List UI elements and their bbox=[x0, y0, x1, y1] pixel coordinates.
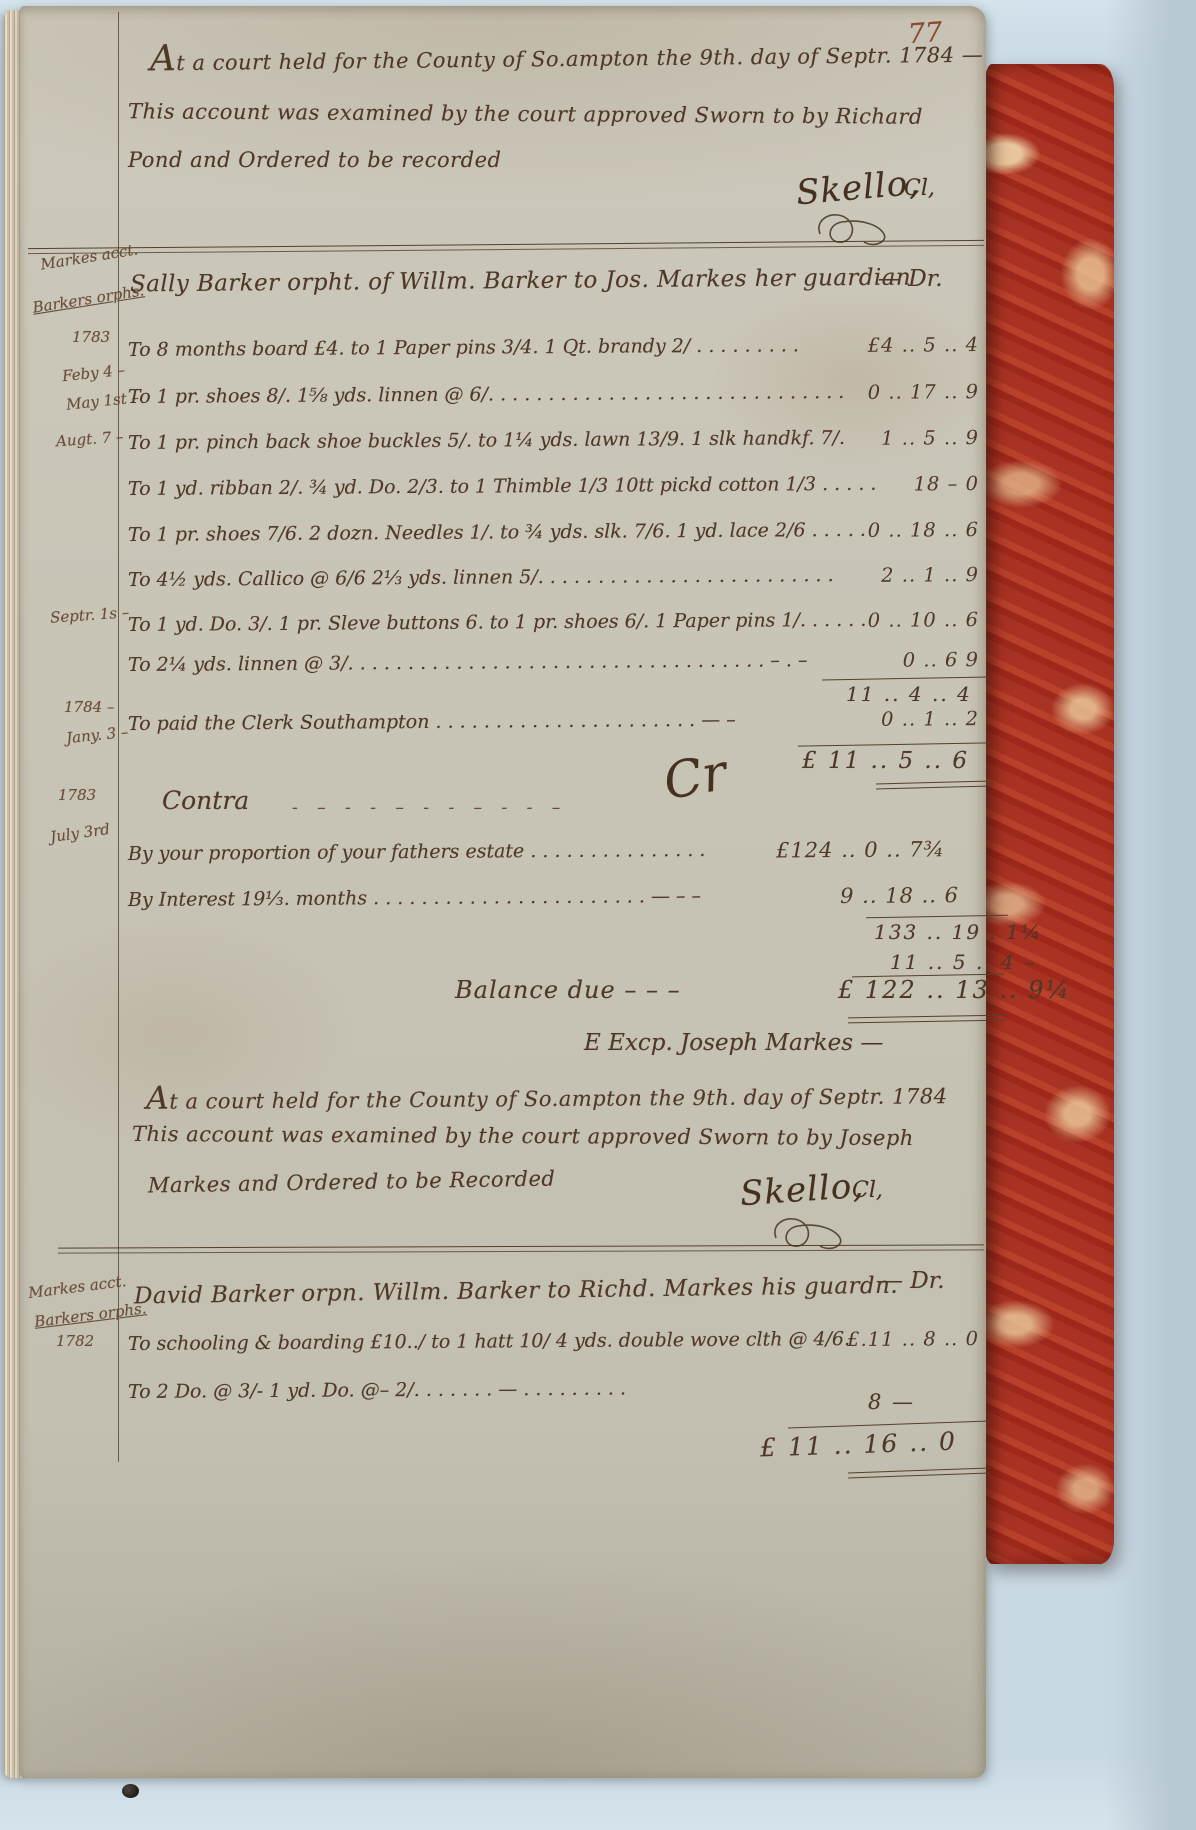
debit-abbrev: — Dr. bbox=[880, 1268, 945, 1294]
subtotal-amount: 11 .. 4 .. 4 bbox=[846, 682, 972, 706]
attestation-line: At a court held for the County of So.amp… bbox=[150, 30, 984, 80]
ledger-row: To 2 Do. @ 3/- 1 yd. Do. @– 2/. . . . . … bbox=[128, 1375, 985, 1415]
clerk-title-abbrev: Cl, bbox=[852, 1178, 883, 1203]
entry-description: To 1 pr. shoes 7/6. 2 dozn. Needles 1/. … bbox=[128, 519, 866, 546]
ledger-row: To 8 months board £4. to 1 Paper pins 3/… bbox=[128, 333, 985, 373]
entry-amount: 0 .. 6 9 bbox=[903, 648, 979, 672]
ledger-row: To 1 yd. Do. 3/. 1 pr. Sleve buttons 6. … bbox=[128, 608, 985, 648]
photo-background bbox=[1106, 0, 1196, 1830]
ledger-row: To 1 pr. shoes 8/. 1⅝ yds. linnen @ 6/. … bbox=[128, 380, 985, 420]
entry-amount: 9 .. 18 .. 6 bbox=[840, 883, 959, 908]
account-total: £ 11 .. 5 .. 6 bbox=[802, 748, 969, 774]
entry-description: To 2 Do. @ 3/- 1 yd. Do. @– 2/. . . . . … bbox=[128, 1378, 626, 1403]
manuscript-photo: 77 At a court held for the County of So.… bbox=[0, 0, 1196, 1830]
entry-description: To 4½ yds. Callico @ 6/6 2⅓ yds. linnen … bbox=[128, 564, 834, 591]
debit-carry-sum: 11 .. 5 .. 4 – bbox=[890, 950, 1036, 974]
contra-leader-dashes: - – - - – - - – - - – bbox=[292, 798, 567, 818]
entry-amount: 1 .. 5 .. 9 bbox=[881, 426, 979, 450]
entry-amount: 0 .. 18 .. 6 bbox=[868, 518, 979, 542]
ledger-row: To 1 yd. ribban 2/. ¾ yd. Do. 2/3. to 1 … bbox=[128, 472, 985, 512]
ledger-row: By Interest 19⅓. months . . . . . . . . … bbox=[128, 883, 985, 923]
margin-date: 1783 bbox=[72, 328, 110, 346]
entry-description: By your proportion of your fathers estat… bbox=[128, 839, 706, 865]
entry-amount: £.11 .. 8 .. 0 bbox=[847, 1327, 979, 1351]
entry-amount: 0 .. 17 .. 9 bbox=[868, 380, 979, 404]
contra-sum: 133 .. 19 . 1¼ bbox=[874, 920, 1042, 944]
entry-amount: £124 .. 0 .. 7¾ bbox=[776, 837, 945, 862]
entry-description: To schooling & boarding £10../ to 1 hatt… bbox=[128, 1328, 850, 1355]
signature-paraph-icon bbox=[812, 204, 890, 248]
entry-description: To 1 pr. shoes 8/. 1⅝ yds. linnen @ 6/. … bbox=[128, 381, 844, 408]
entry-amount: 8 — bbox=[868, 1390, 915, 1414]
marbled-book-cover bbox=[984, 64, 1114, 1564]
ledger-row: To paid the Clerk Southampton . . . . . … bbox=[128, 707, 985, 747]
entry-description: To 2¼ yds. linnen @ 3/. . . . . . . . . … bbox=[128, 649, 808, 676]
entry-amount: £4 .. 5 .. 4 bbox=[868, 333, 979, 357]
ledger-row: To 4½ yds. Callico @ 6/6 2⅓ yds. linnen … bbox=[128, 563, 985, 603]
book-spine-stud bbox=[122, 1784, 139, 1798]
margin-date: 1782 bbox=[56, 1332, 94, 1350]
attestation-line: Pond and Ordered to be recorded bbox=[128, 148, 501, 172]
margin-date: 1783 bbox=[58, 786, 96, 804]
entry-amount: 2 .. 1 .. 9 bbox=[881, 563, 979, 587]
contra-heading: Contra bbox=[162, 786, 249, 815]
ledger-row: To 1 pr. pinch back shoe buckles 5/. to … bbox=[128, 426, 985, 466]
ledger-row: By your proportion of your fathers estat… bbox=[128, 837, 985, 877]
attestation-line: This account was examined by the court a… bbox=[132, 1122, 914, 1150]
entry-description: To paid the Clerk Southampton . . . . . … bbox=[128, 709, 736, 735]
entry-description: To 1 yd. ribban 2/. ¾ yd. Do. 2/3. to 1 … bbox=[128, 473, 877, 500]
entry-description: To 1 pr. pinch back shoe buckles 5/. to … bbox=[128, 427, 845, 454]
credit-abbrev: Cr bbox=[659, 743, 730, 811]
balance-due-label: Balance due – – – bbox=[455, 976, 681, 1004]
entry-description: By Interest 19⅓. months . . . . . . . . … bbox=[128, 885, 701, 911]
entry-amount: 0 .. 10 .. 6 bbox=[868, 608, 979, 632]
entry-description: To 1 yd. Do. 3/. 1 pr. Sleve buttons 6. … bbox=[128, 609, 867, 636]
signature-paraph-icon bbox=[768, 1208, 846, 1252]
entry-amount: 0 .. 1 .. 2 bbox=[881, 707, 979, 731]
debit-abbrev: — Dr. bbox=[878, 266, 943, 292]
entry-amount: 18 – 0 bbox=[913, 472, 979, 495]
clerk-title-abbrev: Cl, bbox=[904, 176, 935, 201]
attestation-line: At a court held for the County of So.amp… bbox=[146, 1075, 948, 1117]
entry-description: To 8 months board £4. to 1 Paper pins 3/… bbox=[128, 334, 799, 361]
ledger-row: To schooling & boarding £10../ to 1 hatt… bbox=[128, 1327, 985, 1367]
errors-excepted-line: E Excp. Joseph Markes — bbox=[584, 1030, 883, 1056]
margin-date: 1784 – bbox=[64, 698, 114, 716]
ledger-row: To 1 pr. shoes 7/6. 2 dozn. Needles 1/. … bbox=[128, 518, 985, 558]
balance-due-amount: £ 122 .. 13 .. 9¼ bbox=[838, 976, 1071, 1004]
